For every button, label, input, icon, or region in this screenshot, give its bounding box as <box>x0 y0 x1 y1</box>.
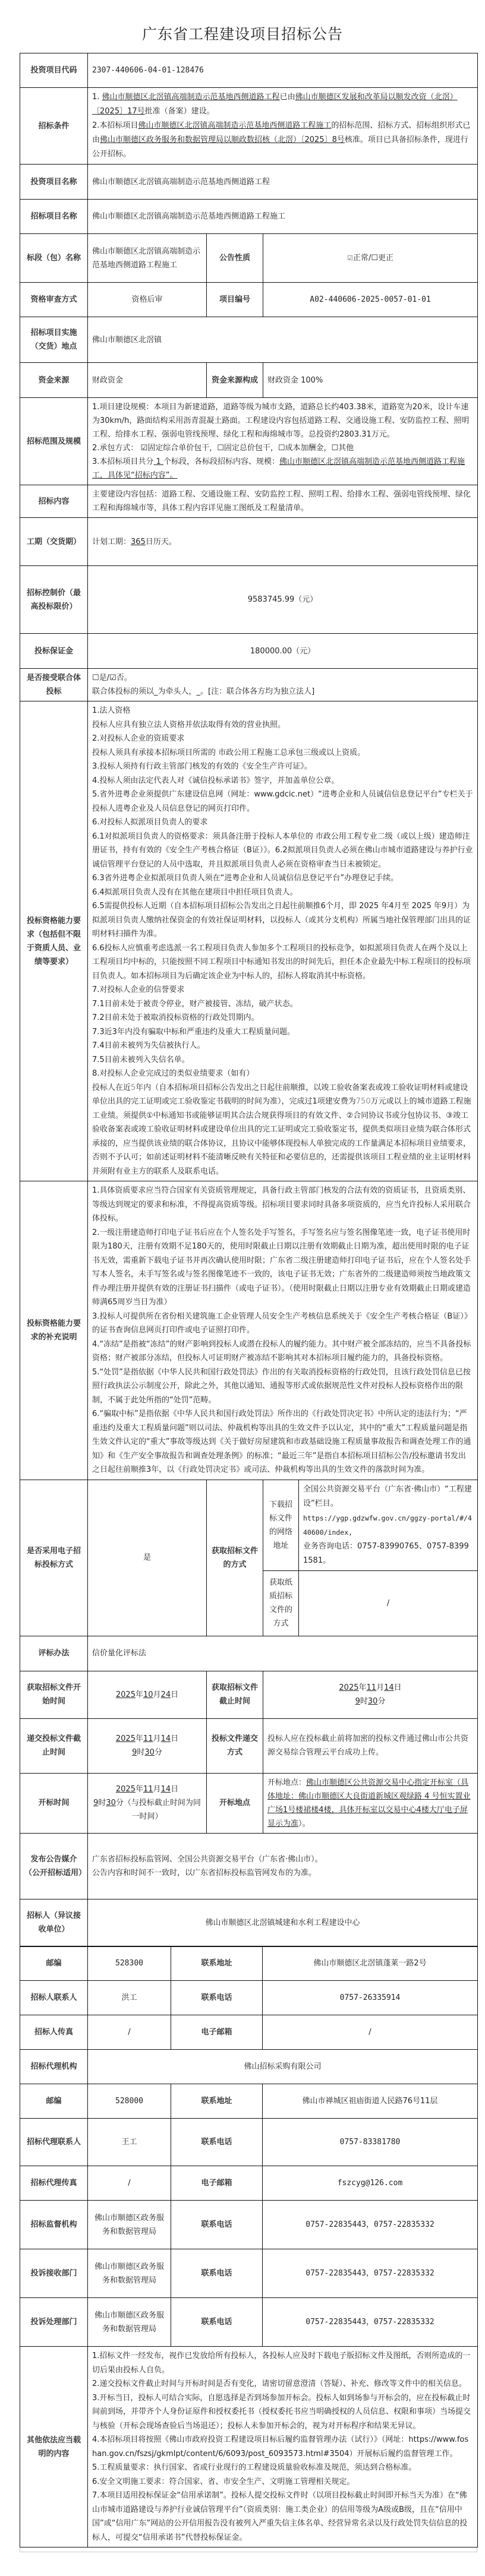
label-agency-contact: 招标代理联系人 <box>20 2119 88 2166</box>
value-section: 佛山市顺德区北滘镇高端制造示范基地西侧道路工程施工 <box>88 234 207 283</box>
value-duration: 计划工期：365日历天。 <box>88 518 478 566</box>
label-scope: 招标范围及规模 <box>20 398 88 485</box>
value-doc-end: 2025年11月14日 9时30分 <box>263 1671 478 1718</box>
row-opening: 开标时间 2025年11月14日 9时30分（与投标截止时间为同一时间） 开标地… <box>20 1773 478 1833</box>
value-agency: 佛山招标采购有限公司 <box>88 2050 478 2084</box>
label-investment-name: 投资项目名称 <box>20 165 88 200</box>
label-funding-composition: 资金来源构成 <box>207 363 263 398</box>
value-tenderer-email: / <box>263 2015 478 2050</box>
value-scope: 1.项目建设规模：本项目为新建道路，道路等级为城市支路，道路总长约403.38米… <box>88 398 478 485</box>
label-opening-place: 开标地点 <box>207 1773 263 1833</box>
tender-announcement-table: 投资项目代码 2307-440606-04-01-128476 招标条件 1. … <box>20 53 478 1947</box>
label-location: 招标项目实施（交货）地点 <box>20 317 88 363</box>
row-scope: 招标范围及规模 1.项目建设规模：本项目为新建道路，道路等级为城市支路，道路总长… <box>20 398 478 485</box>
value-electronic: 是 <box>88 1480 207 1636</box>
label-evaluation: 评标办法 <box>20 1636 88 1671</box>
value-agency-phone: 0757-83381780 <box>263 2119 478 2166</box>
label-complaint-process: 投诉处理部门 <box>20 2298 88 2347</box>
value-project-number: A02-440606-2025-0057-01-01 <box>263 283 478 317</box>
label-section: 标段（包）名称 <box>20 234 88 283</box>
label-doc-method: 获取招标文件的方式 <box>207 1480 263 1636</box>
label-complaint-receive: 投诉接收部门 <box>20 2249 88 2298</box>
label-submission: 递交投标文件截止时间 <box>20 1718 88 1773</box>
value-doc-start: 2025年10月24日 <box>88 1671 207 1718</box>
label-agency: 招标代理机构 <box>20 2050 88 2084</box>
checkbox-correction-unchecked-icon: ☐ <box>371 254 378 263</box>
value-agency-email[interactable]: fszcyg@126.com <box>263 2166 478 2201</box>
value-investment-name: 佛山市顺德区北滘镇高端制造示范基地西侧道路工程 <box>88 165 478 200</box>
row-funding: 资金来源 财政资金 资金来源构成 财政资金 100% <box>20 363 478 398</box>
value-complaint-process: 佛山市顺德区政务服务和数据管理局 <box>88 2298 171 2347</box>
value-content: 主要建设内容包括：道路工程、交通设施工程、安防监控工程、照明工程、给排水工程、强… <box>88 485 478 518</box>
row-doc-times: 获取招标文件开始时间 2025年10月24日 获取招标文件截止时间 2025年1… <box>20 1671 478 1718</box>
row-section: 标段（包）名称 佛山市顺德区北滘镇高端制造示范基地西侧道路工程施工 公告性质 ☑… <box>20 234 478 283</box>
value-download-address: 全国公共资源交易平台（广东省·佛山市）“工程建设”栏目。 https://ygp… <box>299 1480 478 1570</box>
row-supplement: 投标资格能力要求的补充说明 1.具体资质要求应当符合国家有关资质管理规定，具备行… <box>20 1181 478 1480</box>
value-complaint-receive-phone: 0757-22835443，0757-22835332 <box>263 2249 478 2298</box>
label-agency-address: 联系地址 <box>171 2084 263 2119</box>
label-complaint-receive-phone: 联系电话 <box>171 2249 263 2298</box>
label-conditions: 招标条件 <box>20 88 88 165</box>
row-content: 招标内容 主要建设内容包括：道路工程、交通设施工程、安防监控工程、照明工程、给排… <box>20 485 478 518</box>
label-doc-end: 获取招标文件截止时间 <box>207 1671 263 1718</box>
label-consortium: 是否接受联合体投标 <box>20 669 88 701</box>
label-doc-start: 获取招标文件开始时间 <box>20 1671 88 1718</box>
checkbox-normal-checked-icon: ☑ <box>347 254 353 262</box>
value-tender-name: 佛山市顺德区北滘镇高端制造示范基地西侧道路工程施工 <box>88 200 478 234</box>
row-requirements: 投标资格能力要求（包括但不限于资质人员、业绩等要求） 1.法人资格 投标人应具有… <box>20 701 478 1181</box>
label-submission-method: 投标文件递交方式 <box>207 1718 263 1773</box>
label-tenderer: 招标人（异议接收单位） <box>20 1899 88 1946</box>
value-evaluation: 信价量化评标法 <box>88 1636 478 1671</box>
contact-table: 邮编 528300 联系地址 佛山市顺德区北滘镇蓬莱一路2号 招标人联系人 洪工… <box>20 1946 478 2547</box>
row-investment-name: 投资项目名称 佛山市顺德区北滘镇高端制造示范基地西侧道路工程 <box>20 165 478 200</box>
table-bottom-ghost-row <box>20 2547 477 2552</box>
label-tenderer-phone: 联系电话 <box>171 1981 263 2015</box>
value-funding-composition: 财政资金 100% <box>263 363 478 398</box>
download-link[interactable]: https://ygp.gdzwfw.gov.cn/ggzy-portal/#/… <box>303 1511 473 1540</box>
label-agency-fax: 招标代理传真 <box>20 2166 88 2201</box>
page-bottom-spacer <box>0 2552 485 2576</box>
value-requirements: 1.法人资格 投标人应具有独立法人资格并依法取得有效的营业执照。 2.对投标人企… <box>88 701 478 1181</box>
value-project-code: 2307-440606-04-01-128476 <box>88 53 478 88</box>
value-submission-method: 投标人应在投标截止前将加密的投标文件通过佛山市公共资源交易综合管理云平台成功上传… <box>263 1718 478 1773</box>
label-requirements: 投标资格能力要求（包括但不限于资质人员、业绩等要求） <box>20 701 88 1181</box>
label-qualification: 资格审查方式 <box>20 283 88 317</box>
row-deposit: 投标保证金 180000.00（元） <box>20 634 478 669</box>
row-project-code: 投资项目代码 2307-440606-04-01-128476 <box>20 53 478 88</box>
value-complaint-receive: 佛山市顺德区政务服务和数据管理局 <box>88 2249 171 2298</box>
value-location: 佛山市顺德区北滘镇 <box>88 317 478 363</box>
row-tender-name: 招标项目名称 佛山市顺德区北滘镇高端制造示范基地西侧道路工程施工 <box>20 200 478 234</box>
label-tenderer-contact: 招标人联系人 <box>20 1981 88 2015</box>
value-control-price: 9583745.99（元） <box>88 566 478 634</box>
value-opening: 2025年11月14日 9时30分（与投标截止时间为同一时间） <box>88 1773 207 1833</box>
label-supervisor-phone: 联系电话 <box>171 2201 263 2249</box>
row-electronic: 是否采用电子招标投标方式 是 获取招标文件的方式 下载招标文件的网络地址 全国公… <box>20 1480 478 1570</box>
row-tenderer-fax: 招标人传真 / 电子邮箱 / <box>20 2015 478 2050</box>
value-submission: 2025年11月14日 9时30分 <box>88 1718 207 1773</box>
label-content: 招标内容 <box>20 485 88 518</box>
label-notice-nature: 公告性质 <box>207 234 263 283</box>
value-agency-contact: 王工 <box>88 2119 171 2166</box>
label-tenderer-postcode: 邮编 <box>20 1946 88 1981</box>
label-deposit: 投标保证金 <box>20 634 88 669</box>
page-title: 广东省工程建设项目招标公告 <box>0 0 485 53</box>
label-agency-postcode: 邮编 <box>20 2084 88 2119</box>
label-agency-email: 电子邮箱 <box>171 2166 263 2201</box>
label-project-code: 投资项目代码 <box>20 53 88 88</box>
row-control-price: 招标控制价（最高投标限价） 9583745.99（元） <box>20 566 478 634</box>
label-funding: 资金来源 <box>20 363 88 398</box>
row-complaint-process: 投诉处理部门 佛山市顺德区政务服务和数据管理局 联系电话 0757-228354… <box>20 2298 478 2347</box>
value-tenderer-contact: 洪工 <box>88 1981 171 2015</box>
value-agency-postcode: 528000 <box>88 2084 171 2119</box>
value-tenderer-postcode: 528300 <box>88 1946 171 1981</box>
row-tenderer-postcode: 邮编 528300 联系地址 佛山市顺德区北滘镇蓬莱一路2号 <box>20 1946 478 1981</box>
value-funding: 财政资金 <box>88 363 207 398</box>
value-opening-place: 开标地点：佛山市顺德区公共资源交易中心指定开标室（具体地址：佛山市顺德区大良街道… <box>263 1773 478 1833</box>
value-supervisor-phone: 0757-22835443，0757-22835332 <box>263 2201 478 2249</box>
row-other: 其他依法应当载明的内容 1.招标文件一经发布，视作已发放给所有投标人，各投标人应… <box>20 2347 478 2547</box>
label-other: 其他依法应当载明的内容 <box>20 2347 88 2547</box>
row-submission: 递交投标文件截止时间 2025年11月14日 9时30分 投标文件递交方式 投标… <box>20 1718 478 1773</box>
label-tenderer-email: 电子邮箱 <box>171 2015 263 2050</box>
value-agency-address: 佛山市禅城区祖庙街道人民路76号11层 <box>263 2084 478 2119</box>
label-download-address: 下载招标文件的网络地址 <box>263 1480 299 1570</box>
label-control-price: 招标控制价（最高投标限价） <box>20 566 88 634</box>
row-supervisor: 招标监督机构 佛山市顺德区政务服务和数据管理局 联系电话 0757-228354… <box>20 2201 478 2249</box>
value-complaint-process-phone: 0757-22835443，0757-22835332 <box>263 2298 478 2347</box>
value-tenderer-phone: 0757-26335914 <box>263 1981 478 2015</box>
label-supervisor: 招标监督机构 <box>20 2201 88 2249</box>
row-media: 发布公告媒介（公开招标适用） 广东省招标投标监管网、全国公共资源交易平台（广东省… <box>20 1833 478 1899</box>
row-agency-postcode: 邮编 528000 联系地址 佛山市禅城区祖庙街道人民路76号11层 <box>20 2084 478 2119</box>
value-notice-nature: ☑正常/☐更正 <box>263 234 478 283</box>
label-paper-doc: 获取纸质招标文件的方式 <box>263 1570 299 1636</box>
row-tenderer: 招标人（异议接收单位） 佛山市顺德区北滘镇城建和水利工程建设中心 <box>20 1899 478 1946</box>
value-tenderer-address: 佛山市顺德区北滘镇蓬莱一路2号 <box>263 1946 478 1981</box>
row-consortium: 是否接受联合体投标 ☐是/☑否。 联合体投标的须以_为牵头人，_。[注：联合体各… <box>20 669 478 701</box>
row-location: 招标项目实施（交货）地点 佛山市顺德区北滘镇 <box>20 317 478 363</box>
row-agency-contact: 招标代理联系人 王工 联系电话 0757-83381780 <box>20 2119 478 2166</box>
label-electronic: 是否采用电子招标投标方式 <box>20 1480 88 1636</box>
label-tenderer-fax: 招标人传真 <box>20 2015 88 2050</box>
value-media: 广东省招标投标监管网、全国公共资源交易平台（广东省·佛山市）。 公告内容和时间不… <box>88 1833 478 1899</box>
row-duration: 工期（交货期） 计划工期：365日历天。 <box>20 518 478 566</box>
row-complaint-receive: 投诉接收部门 佛山市顺德区政务服务和数据管理局 联系电话 0757-228354… <box>20 2249 478 2298</box>
label-tender-name: 招标项目名称 <box>20 200 88 234</box>
value-paper-doc: / <box>299 1570 478 1636</box>
value-tenderer: 佛山市顺德区北滘镇城建和水利工程建设中心 <box>88 1899 478 1946</box>
row-conditions: 招标条件 1. 佛山市顺德区北滘镇高端制造示范基地西侧道路工程已由佛山市顺德区发… <box>20 88 478 165</box>
row-qualification: 资格审查方式 资格后审 项目编号 A02-440606-2025-0057-01… <box>20 283 478 317</box>
value-tenderer-fax: / <box>88 2015 171 2050</box>
row-tenderer-contact: 招标人联系人 洪工 联系电话 0757-26335914 <box>20 1981 478 2015</box>
label-opening: 开标时间 <box>20 1773 88 1833</box>
value-other: 1.招标文件一经发布，视作已发放给所有投标人，各投标人应及时下载电子版招标文件及… <box>88 2347 478 2547</box>
row-agency-fax: 招标代理传真 / 电子邮箱 fszcyg@126.com <box>20 2166 478 2201</box>
row-agency: 招标代理机构 佛山招标采购有限公司 <box>20 2050 478 2084</box>
label-duration: 工期（交货期） <box>20 518 88 566</box>
value-agency-fax: / <box>88 2166 171 2201</box>
label-tenderer-address: 联系地址 <box>171 1946 263 1981</box>
label-complaint-process-phone: 联系电话 <box>171 2298 263 2347</box>
label-project-number: 项目编号 <box>207 283 263 317</box>
value-consortium: ☐是/☑否。 联合体投标的须以_为牵头人，_。[注：联合体各方均为独立法人] <box>88 669 478 701</box>
value-supplement: 1.具体资质要求应当符合国家有关资质管理规定，具备行政主管部门核发的合法有效的资… <box>88 1181 478 1480</box>
value-deposit: 180000.00（元） <box>88 634 478 669</box>
label-media: 发布公告媒介（公开招标适用） <box>20 1833 88 1899</box>
row-evaluation: 评标办法 信价量化评标法 <box>20 1636 478 1671</box>
label-supplement: 投标资格能力要求的补充说明 <box>20 1181 88 1480</box>
value-supervisor: 佛山市顺德区政务服务和数据管理局 <box>88 2201 171 2249</box>
value-conditions: 1. 佛山市顺德区北滘镇高端制造示范基地西侧道路工程已由佛山市顺德区发展和改革局… <box>88 88 478 165</box>
label-agency-phone: 联系电话 <box>171 2119 263 2166</box>
value-qualification: 资格后审 <box>88 283 207 317</box>
